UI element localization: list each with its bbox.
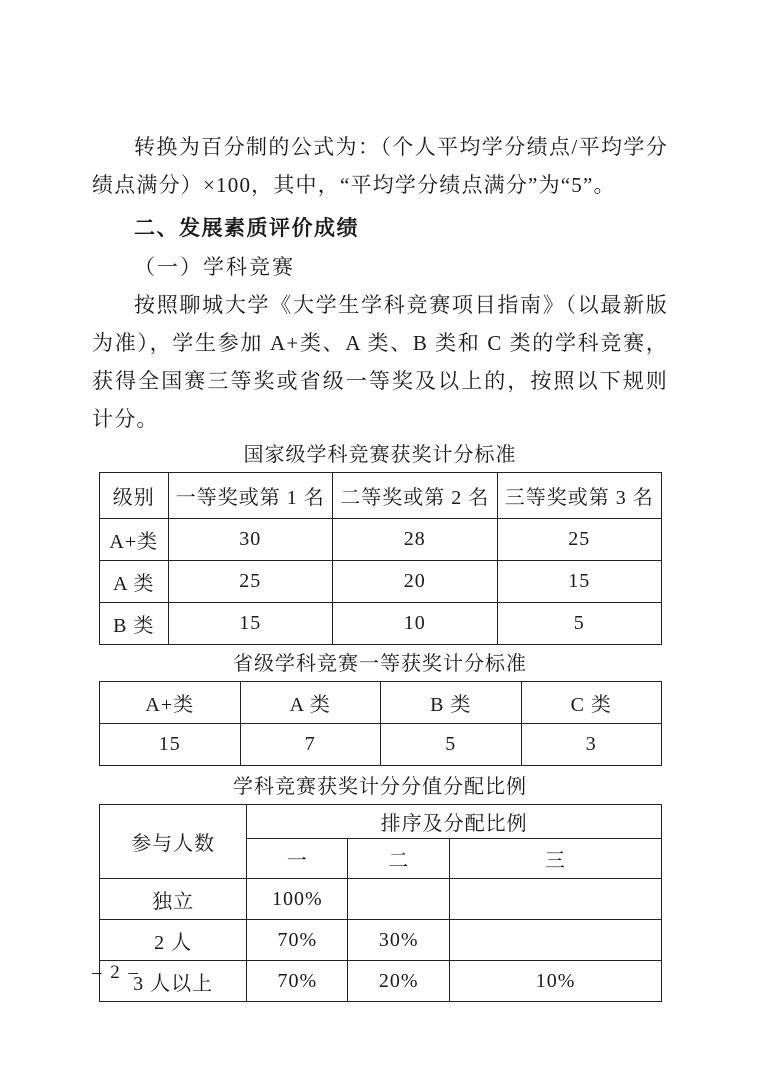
- table-row: A 类 25 20 15: [100, 561, 662, 603]
- column-header: 一等奖或第 1 名: [168, 473, 332, 519]
- table-cell: 15: [100, 724, 241, 766]
- row-header: 独立: [100, 879, 247, 920]
- table-cell: 7: [240, 724, 381, 766]
- row-header: 2 人: [100, 920, 247, 961]
- table-cell: 30%: [348, 920, 450, 961]
- table-cell: [450, 920, 662, 961]
- paragraph-formula: 转换为百分制的公式为：（个人平均学分绩点/平均学分绩点满分）×100，其中，“平…: [92, 128, 668, 204]
- table-cell: 100%: [247, 879, 348, 920]
- page-number: – 2 –: [92, 962, 140, 984]
- column-header: 三等奖或第 3 名: [497, 473, 662, 519]
- column-header: 一: [247, 839, 348, 879]
- row-header: A+类: [100, 519, 169, 561]
- group-header: 排序及分配比例: [247, 805, 662, 839]
- table-cell: 30: [168, 519, 332, 561]
- column-header: B 类: [381, 682, 522, 724]
- table-cell: 28: [333, 519, 497, 561]
- table-cell: 25: [168, 561, 332, 603]
- table-cell: 70%: [247, 920, 348, 961]
- table-row: 独立 100%: [100, 879, 662, 920]
- column-header: 二: [348, 839, 450, 879]
- paragraph-competition: 按照聊城大学《大学生学科竞赛项目指南》（以最新版为准），学生参加 A+类、A 类…: [92, 286, 668, 438]
- document-page: 转换为百分制的公式为：（个人平均学分绩点/平均学分绩点满分）×100，其中，“平…: [0, 0, 760, 1070]
- table-row: 3 人以上 70% 20% 10%: [100, 961, 662, 1002]
- table-cell: 20%: [348, 961, 450, 1002]
- column-header: 三: [450, 839, 662, 879]
- national-score-table: 级别 一等奖或第 1 名 二等奖或第 2 名 三等奖或第 3 名 A+类 30 …: [99, 472, 662, 645]
- column-header: A 类: [240, 682, 381, 724]
- column-header: A+类: [100, 682, 241, 724]
- column-header: 级别: [100, 473, 169, 519]
- table-row: 15 7 5 3: [100, 724, 662, 766]
- table-cell: 25: [497, 519, 662, 561]
- table-row: A+类 30 28 25: [100, 519, 662, 561]
- table-cell: 20: [333, 561, 497, 603]
- table-cell: 10: [333, 603, 497, 645]
- table-cell: [348, 879, 450, 920]
- table-caption-provincial: 省级学科竞赛一等获奖计分标准: [92, 651, 668, 677]
- column-header: 二等奖或第 2 名: [333, 473, 497, 519]
- column-header: C 类: [521, 682, 662, 724]
- corner-header: 参与人数: [100, 805, 247, 879]
- table-caption-national: 国家级学科竞赛获奖计分标准: [92, 442, 668, 468]
- table-header-row: A+类 A 类 B 类 C 类: [100, 682, 662, 724]
- table-cell: 5: [381, 724, 522, 766]
- table-header-row: 参与人数 排序及分配比例: [100, 805, 662, 839]
- page-content: 转换为百分制的公式为：（个人平均学分绩点/平均学分绩点满分）×100，其中，“平…: [92, 0, 668, 1002]
- table-row: B 类 15 10 5: [100, 603, 662, 645]
- table-row: 2 人 70% 30%: [100, 920, 662, 961]
- table-cell: [450, 879, 662, 920]
- table-cell: 3: [521, 724, 662, 766]
- table-cell: 15: [497, 561, 662, 603]
- provincial-score-table: A+类 A 类 B 类 C 类 15 7 5 3: [99, 681, 662, 766]
- table-cell: 70%: [247, 961, 348, 1002]
- subsection-heading: （一）学科竞赛: [92, 248, 668, 286]
- section-heading: 二、发展素质评价成绩: [92, 210, 668, 248]
- table-cell: 5: [497, 603, 662, 645]
- row-header: A 类: [100, 561, 169, 603]
- table-cell: 10%: [450, 961, 662, 1002]
- row-header: B 类: [100, 603, 169, 645]
- table-header-row: 级别 一等奖或第 1 名 二等奖或第 2 名 三等奖或第 3 名: [100, 473, 662, 519]
- table-cell: 15: [168, 603, 332, 645]
- distribution-ratio-table: 参与人数 排序及分配比例 一 二 三 独立 100% 2 人 70%: [99, 804, 662, 1002]
- table-caption-distribution: 学科竞赛获奖计分分值分配比例: [92, 774, 668, 800]
